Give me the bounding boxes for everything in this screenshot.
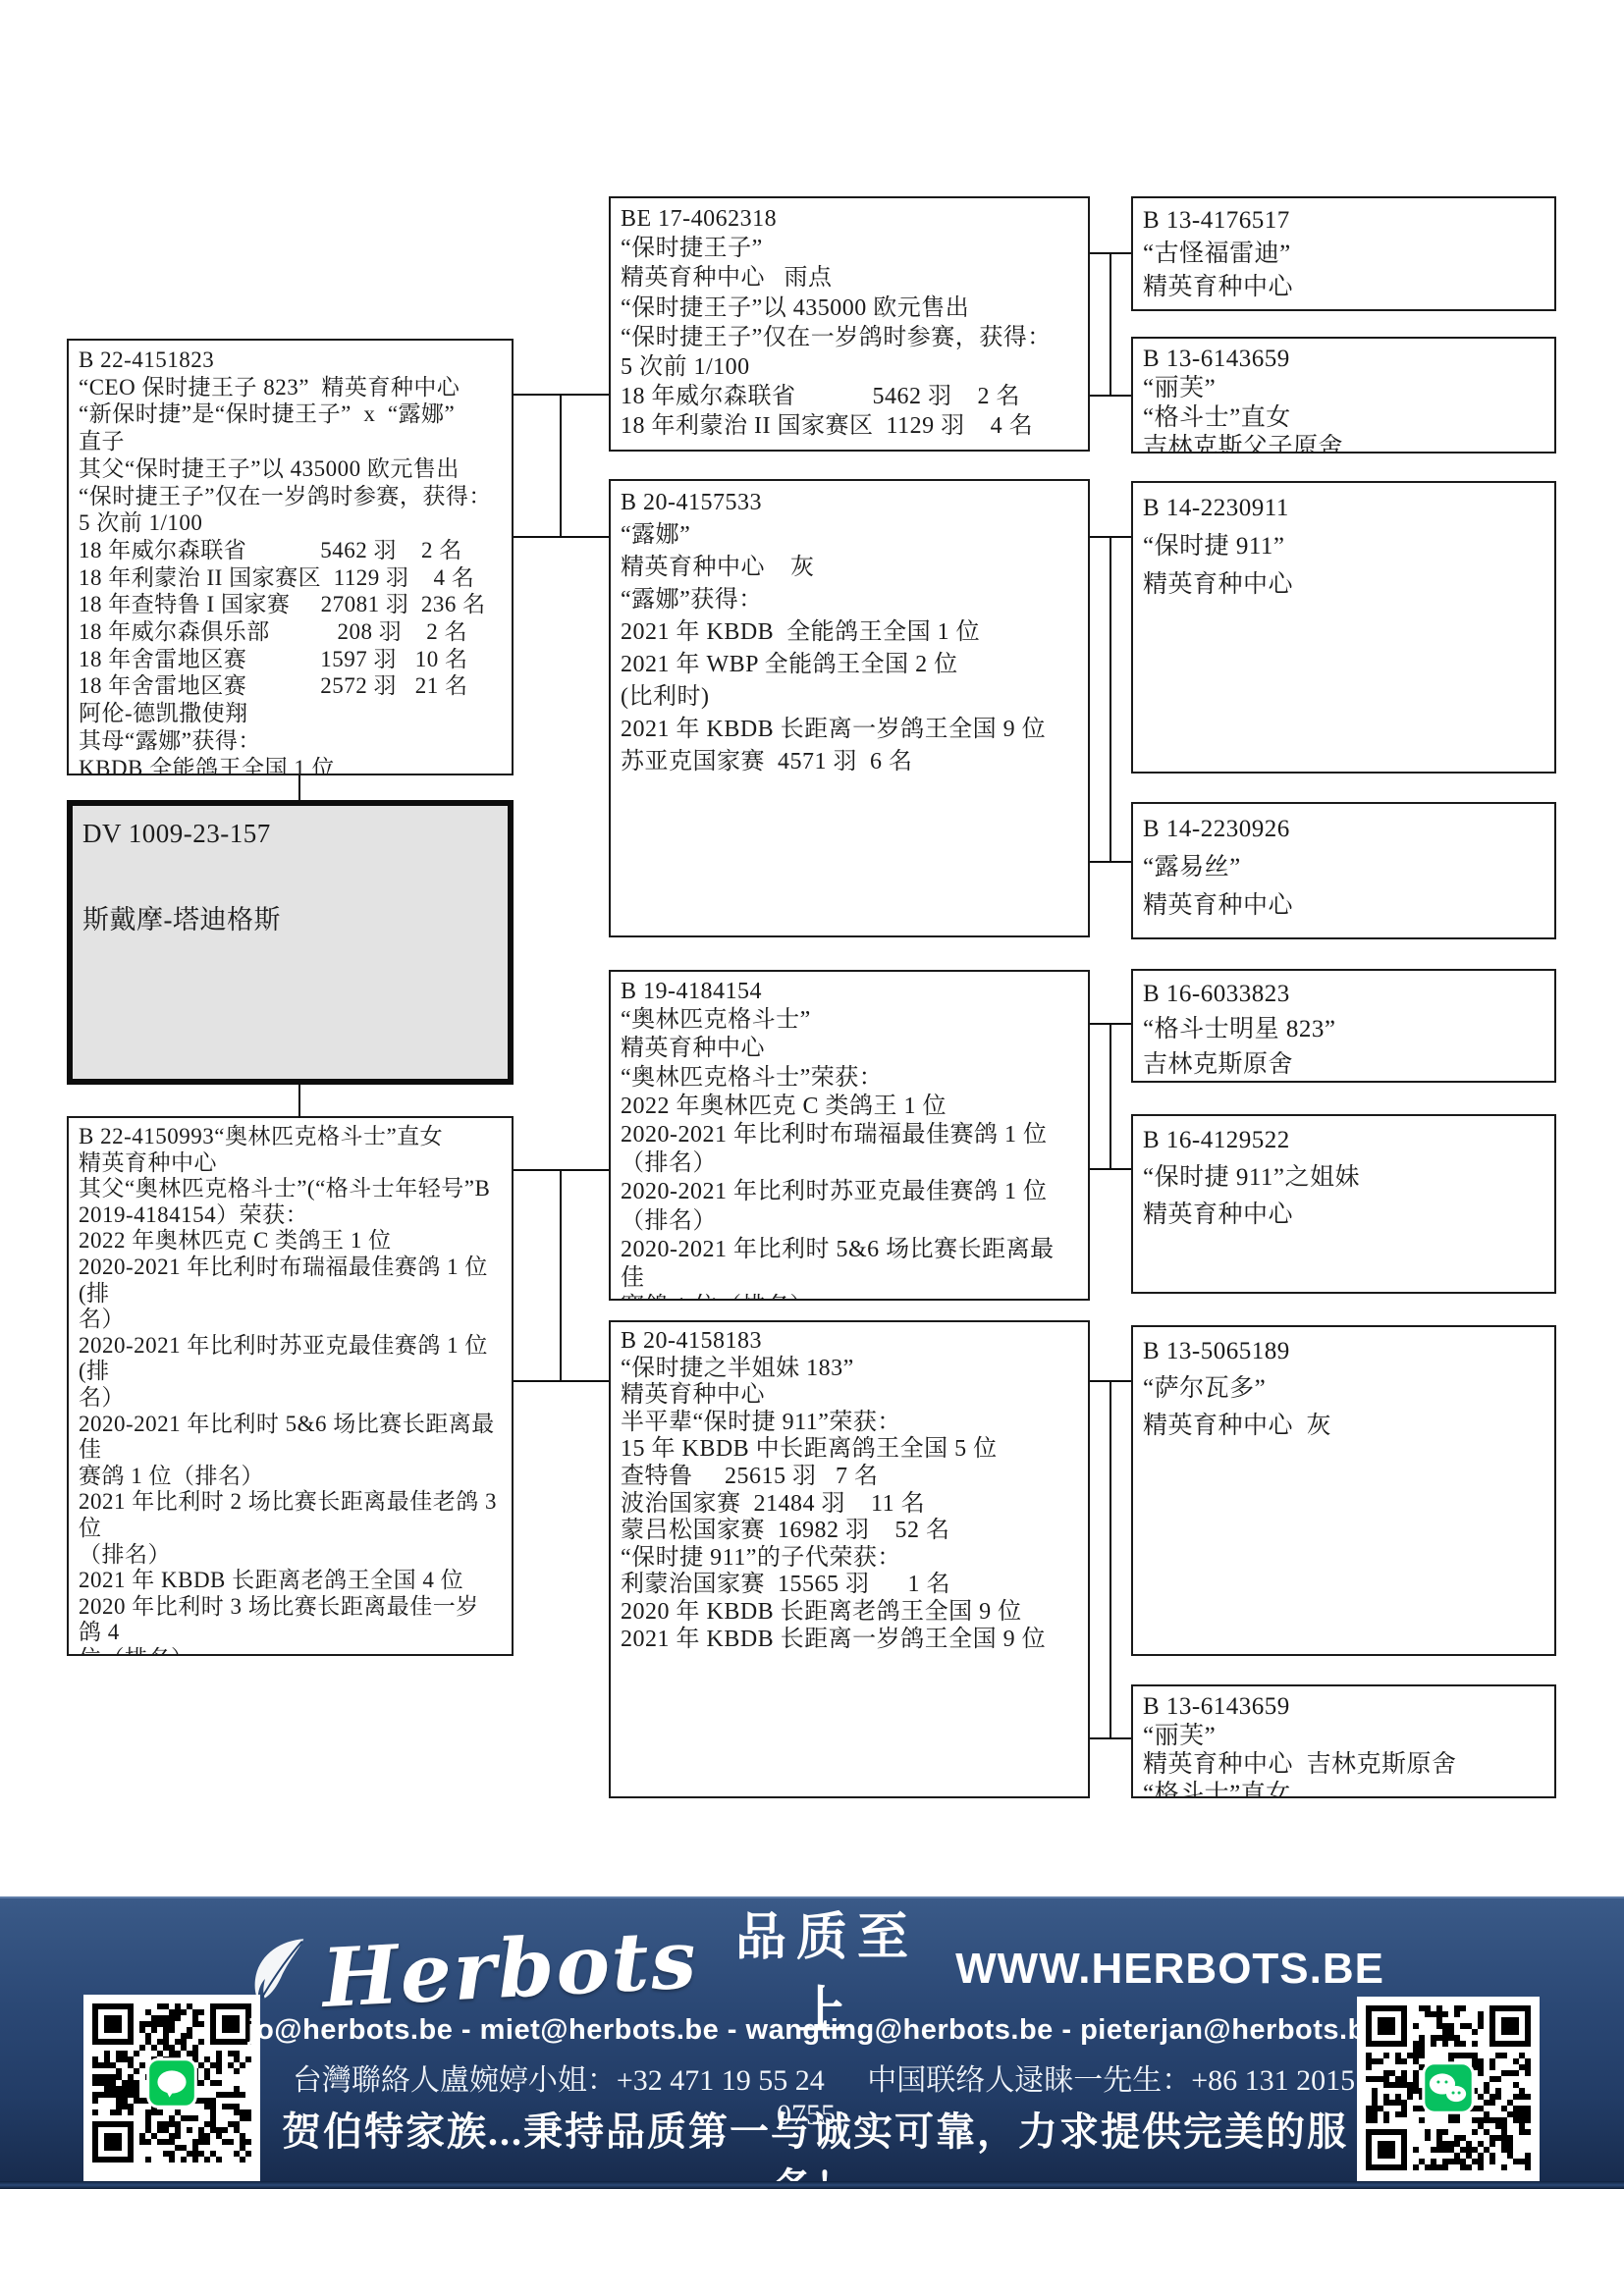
pedigree-line: “新保时捷”是“保时捷王子” x “露娜”	[79, 400, 502, 428]
pedigree-line: 15 年 KBDB 中长距离鸽王全国 5 位	[621, 1436, 1078, 1464]
brand-row: Herbots 品质至上 WWW.HERBOTS.BE	[245, 1920, 1384, 2018]
connector-line	[514, 1380, 609, 1382]
pedigree-line: 其父“保时捷王子”以 435000 欧元售出	[79, 455, 502, 483]
pedigree-line: B 16-6033823	[1143, 977, 1544, 1012]
pedigree-line: 2020-2021 年比利时苏亚克最佳赛鸽 1 位	[621, 1178, 1078, 1206]
brand-logo-text: Herbots	[320, 1919, 700, 2019]
pedigree-line: 18 年威尔森联省 5462 羽 2 名	[79, 537, 502, 564]
pedigree-line: BE 17-4062318	[621, 204, 1078, 234]
pedigree-line: 精英育种中心	[621, 1035, 1078, 1063]
pedigree-line: B 13-4176517	[1143, 204, 1544, 238]
pedigree-line: “古怪福雷迪”	[1143, 238, 1544, 271]
connector-line	[1090, 1737, 1131, 1739]
pedigree-line: 精英育种中心 灰	[1143, 1408, 1544, 1445]
pedigree-line: 5 次前 1/100	[79, 509, 502, 537]
pedigree-line: 2021 年 KBDB 全能鸽王全国 1 位	[621, 616, 1078, 649]
pedigree-line: B 20-4157533	[621, 487, 1078, 519]
pedigree-line: 赛鸽 1 位（排名）	[621, 1293, 1078, 1301]
pedigree-line: 2019-4184154）荣获：	[79, 1202, 502, 1229]
pedigree-line: 5 次前 1/100	[621, 352, 1078, 382]
pedigree-line: 精英育种中心	[1143, 886, 1544, 925]
pedigree-line: B 13-5065189	[1143, 1333, 1544, 1370]
pedigree-line: 精英育种中心	[79, 1150, 502, 1177]
pedigree-line: 2020-2021 年比利时布瑞福最佳赛鸽 1 位	[621, 1121, 1078, 1149]
pedigree-line: 吉林克斯父子原舍	[1143, 433, 1544, 454]
pedigree-line: “格斗士”直女	[1143, 403, 1544, 433]
connector-line	[1110, 536, 1111, 863]
pedigree-line: 2022 年奥林匹克 C 类鸽王 1 位	[621, 1093, 1078, 1121]
pedigree-box-sire-dam: B 20-4157533“露娜”精英育种中心 灰“露娜”获得：2021 年 KB…	[609, 479, 1090, 937]
pedigree-line: B 13-6143659	[1143, 345, 1544, 374]
pedigree-line: B 19-4184154	[621, 978, 1078, 1006]
pedigree-box-g3-6: B 16-4129522“保时捷 911”之姐妹精英育种中心	[1131, 1114, 1556, 1294]
connector-line	[514, 536, 609, 538]
footer-center: Herbots 品质至上 WWW.HERBOTS.BE jo@herbots.b…	[245, 1898, 1384, 2181]
pedigree-line: “萨尔瓦多”	[1143, 1370, 1544, 1408]
pedigree-line: “保时捷之半姐妹 183”	[621, 1356, 1078, 1383]
pedigree-line: 18 年舍雷地区赛 1597 羽 10 名	[79, 646, 502, 673]
connector-line	[298, 775, 300, 802]
pedigree-box-sire: B 22-4151823“CEO 保时捷王子 823” 精英育种中心“新保时捷”…	[67, 339, 514, 775]
contact-emails: jo@herbots.be - miet@herbots.be - wangti…	[245, 2014, 1384, 2047]
pedigree-box-g3-4: B 14-2230926“露易丝”精英育种中心	[1131, 802, 1556, 939]
pedigree-line: B 20-4158183	[621, 1328, 1078, 1356]
pedigree-line: “奥林匹克格斗士”荣获：	[621, 1064, 1078, 1093]
pedigree-line: “露娜”获得：	[621, 584, 1078, 616]
pedigree-line: (比利时)	[621, 681, 1078, 714]
connector-line	[560, 394, 562, 538]
pedigree-line: 赛鸽 1 位（排名）	[79, 1464, 502, 1490]
pedigree-line: “CEO 保时捷王子 823” 精英育种中心	[79, 374, 502, 401]
pedigree-box-dam: B 22-4150993“奥林匹克格斗士”直女精英育种中心其父“奥林匹克格斗士”…	[67, 1116, 514, 1656]
pedigree-line: KBDB 全能鸽王全国 1 位	[79, 755, 502, 775]
connector-line	[298, 1085, 300, 1118]
pedigree-line: 阿伦-德凯撒使翔	[79, 700, 502, 727]
pedigree-line: 18 年威尔森俱乐部 208 羽 2 名	[79, 618, 502, 646]
pedigree-line: 18 年舍雷地区赛 2572 羽 21 名	[79, 672, 502, 700]
pedigree-line: B 14-2230926	[1143, 810, 1544, 848]
pedigree-line: 直子	[79, 428, 502, 455]
pedigree-line: 吉林克斯原舍	[1143, 1047, 1544, 1083]
pedigree-box-g3-2: B 13-6143659“丽芙”“格斗士”直女吉林克斯父子原舍	[1131, 337, 1556, 454]
pedigree-line: “保时捷王子”以 435000 欧元售出	[621, 294, 1078, 323]
pedigree-box-g3-3: B 14-2230911“保时捷 911”精英育种中心	[1131, 481, 1556, 774]
pedigree-line: “露娜”	[621, 519, 1078, 552]
family-tagline: 贺伯特家族...秉持品质第一与诚实可靠，力求提供完美的服务！	[245, 2101, 1384, 2213]
pedigree-line: “格斗士”直女	[1143, 1780, 1544, 1799]
website-url: WWW.HERBOTS.BE	[955, 1945, 1384, 1994]
pedigree-line: B 22-4150993“奥林匹克格斗士”直女	[79, 1124, 502, 1150]
pedigree-line: 2021 年比利时 2 场比赛长距离最佳老鸽 3 位	[79, 1489, 502, 1541]
pedigree-line: 2020 年比利时 3 场比赛长距离最佳一岁鸽 4	[79, 1594, 502, 1646]
pedigree-line: 其母“露娜”获得：	[79, 727, 502, 755]
connector-line	[1110, 1380, 1111, 1739]
pedigree-line: 18 年查特鲁 I 国家赛 27081 羽 236 名	[79, 591, 502, 618]
pedigree-line: 蒙吕松国家赛 16982 羽 52 名	[621, 1518, 1078, 1545]
pedigree-line: 2021 年 KBDB 长距离一岁鸽王全国 9 位	[621, 714, 1078, 746]
pedigree-line: 2020-2021 年比利时 5&6 场比赛长距离最佳	[79, 1412, 502, 1464]
pedigree-line: 精英育种中心 灰	[621, 552, 1078, 584]
pedigree-box-dam-sire: B 19-4184154“奥林匹克格斗士”精英育种中心“奥林匹克格斗士”荣获：2…	[609, 970, 1090, 1301]
line-qr-image	[92, 2003, 251, 2163]
pedigree-line: 2020 年 KBDB 长距离老鸽王全国 9 位	[621, 1599, 1078, 1627]
pedigree-line	[82, 855, 498, 898]
pedigree-box-dam-dam: B 20-4158183“保时捷之半姐妹 183”精英育种中心半平辈“保时捷 9…	[609, 1320, 1090, 1798]
pedigree-line: 18 年利蒙治 II 国家赛区 1129 羽 4 名	[79, 564, 502, 592]
pedigree-line: 2020-2021 年比利时布瑞福最佳赛鸽 1 位(排	[79, 1255, 502, 1307]
contact-taiwan: 台灣聯絡人盧婉婷小姐：+32 471 19 55 24	[293, 2064, 825, 2097]
pedigree-box-g3-8: B 13-6143659“丽芙”精英育种中心 吉林克斯原舍“格斗士”直女	[1131, 1684, 1556, 1798]
footer-banner: Herbots 品质至上 WWW.HERBOTS.BE jo@herbots.b…	[0, 1896, 1624, 2181]
pedigree-line: “保时捷 911”的子代荣获：	[621, 1545, 1078, 1573]
pedigree-line: 精英育种中心 雨点	[621, 263, 1078, 293]
pedigree-line: 精英育种中心	[1143, 565, 1544, 604]
pedigree-line: DV 1009-23-157	[82, 812, 498, 855]
pedigree-line: “奥林匹克格斗士”	[621, 1006, 1078, 1035]
pedigree-line: “保时捷王子”	[621, 234, 1078, 263]
wechat-qr-image	[1366, 2005, 1531, 2170]
pedigree-line: “保时捷 911”	[1143, 527, 1544, 565]
pedigree-box-subject: DV 1009-23-157 斯戴摩-塔迪格斯	[67, 800, 514, 1085]
pedigree-line: “丽芙”	[1143, 374, 1544, 403]
pedigree-line: “保时捷王子”仅在一岁鸽时参赛，获得：	[79, 483, 502, 510]
pedigree-line: 18 年利蒙治 II 国家赛区 1129 羽 4 名	[621, 411, 1078, 441]
pedigree-line: 利蒙治国家赛 15565 羽 1 名	[621, 1572, 1078, 1599]
pedigree-box-g3-7: B 13-5065189“萨尔瓦多”精英育种中心 灰	[1131, 1325, 1556, 1656]
pedigree-line: 其父“奥林匹克格斗士”(“格斗士年轻号”B	[79, 1176, 502, 1202]
wechat-qr-code	[1357, 1997, 1540, 2183]
line-qr-code	[83, 1995, 260, 2181]
connector-line	[1110, 1023, 1111, 1170]
pedigree-line: “保时捷 911”之姐妹	[1143, 1159, 1544, 1197]
connector-line	[1090, 1168, 1131, 1170]
connector-line	[1090, 395, 1131, 397]
pedigree-line: 精英育种中心 吉林克斯原舍	[1143, 1750, 1544, 1780]
pedigree-line: “保时捷王子”仅在一岁鸽时参赛，获得：	[621, 323, 1078, 352]
pedigree-line: B 14-2230911	[1143, 489, 1544, 527]
pedigree-line: “格斗士明星 823”	[1143, 1012, 1544, 1047]
pedigree-line: （排名）	[79, 1542, 502, 1569]
pedigree-line: 精英育种中心	[1143, 1197, 1544, 1234]
pedigree-line: “丽芙”	[1143, 1722, 1544, 1751]
pedigree-box-g3-1: B 13-4176517“古怪福雷迪”精英育种中心	[1131, 196, 1556, 311]
pedigree-line: 波治国家赛 21484 羽 11 名	[621, 1491, 1078, 1519]
pedigree-line: B 16-4129522	[1143, 1122, 1544, 1159]
pedigree-line: 名）	[79, 1307, 502, 1333]
pedigree-line: 斯戴摩-塔迪格斯	[82, 898, 498, 941]
pedigree-line: B 22-4151823	[79, 347, 502, 374]
connector-line	[1110, 252, 1111, 397]
pedigree-line: 2021 年 KBDB 长距离老鸽王全国 4 位	[79, 1568, 502, 1594]
pedigree-line: 2020-2021 年比利时苏亚克最佳赛鸽 1 位(排	[79, 1333, 502, 1385]
pedigree-box-g3-5: B 16-6033823“格斗士明星 823”吉林克斯原舍	[1131, 969, 1556, 1083]
pedigree-document: B 22-4151823“CEO 保时捷王子 823” 精英育种中心“新保时捷”…	[0, 0, 1624, 2296]
pedigree-line: （排名）	[621, 1207, 1078, 1236]
pedigree-line: 名）	[79, 1385, 502, 1412]
pedigree-line: 半平辈“保时捷 911”荣获：	[621, 1410, 1078, 1437]
connector-line	[1090, 861, 1131, 863]
connector-line	[560, 1169, 562, 1382]
pedigree-line: 2021 年 WBP 全能鸽王全国 2 位	[621, 649, 1078, 681]
pedigree-line: 精英育种中心	[621, 1382, 1078, 1410]
pedigree-line: （排名）	[621, 1149, 1078, 1178]
pedigree-box-sire-sire: BE 17-4062318“保时捷王子”精英育种中心 雨点“保时捷王子”以 43…	[609, 196, 1090, 452]
pedigree-line: “露易丝”	[1143, 848, 1544, 886]
pedigree-line: 2020-2021 年比利时 5&6 场比赛长距离最佳	[621, 1236, 1078, 1293]
pedigree-line: 2022 年奥林匹克 C 类鸽王 1 位	[79, 1228, 502, 1255]
pedigree-line: 查特鲁 25615 羽 7 名	[621, 1464, 1078, 1491]
pedigree-line: 18 年威尔森联省 5462 羽 2 名	[621, 382, 1078, 411]
pedigree-line: 苏亚克国家赛 4571 羽 6 名	[621, 746, 1078, 778]
pedigree-line: 精英育种中心	[1143, 271, 1544, 304]
pedigree-line: 2021 年 KBDB 长距离一岁鸽王全国 9 位	[621, 1627, 1078, 1654]
pedigree-line: 位（排名）	[79, 1646, 502, 1656]
feather-icon	[240, 1932, 320, 2005]
pedigree-line: B 13-6143659	[1143, 1692, 1544, 1722]
